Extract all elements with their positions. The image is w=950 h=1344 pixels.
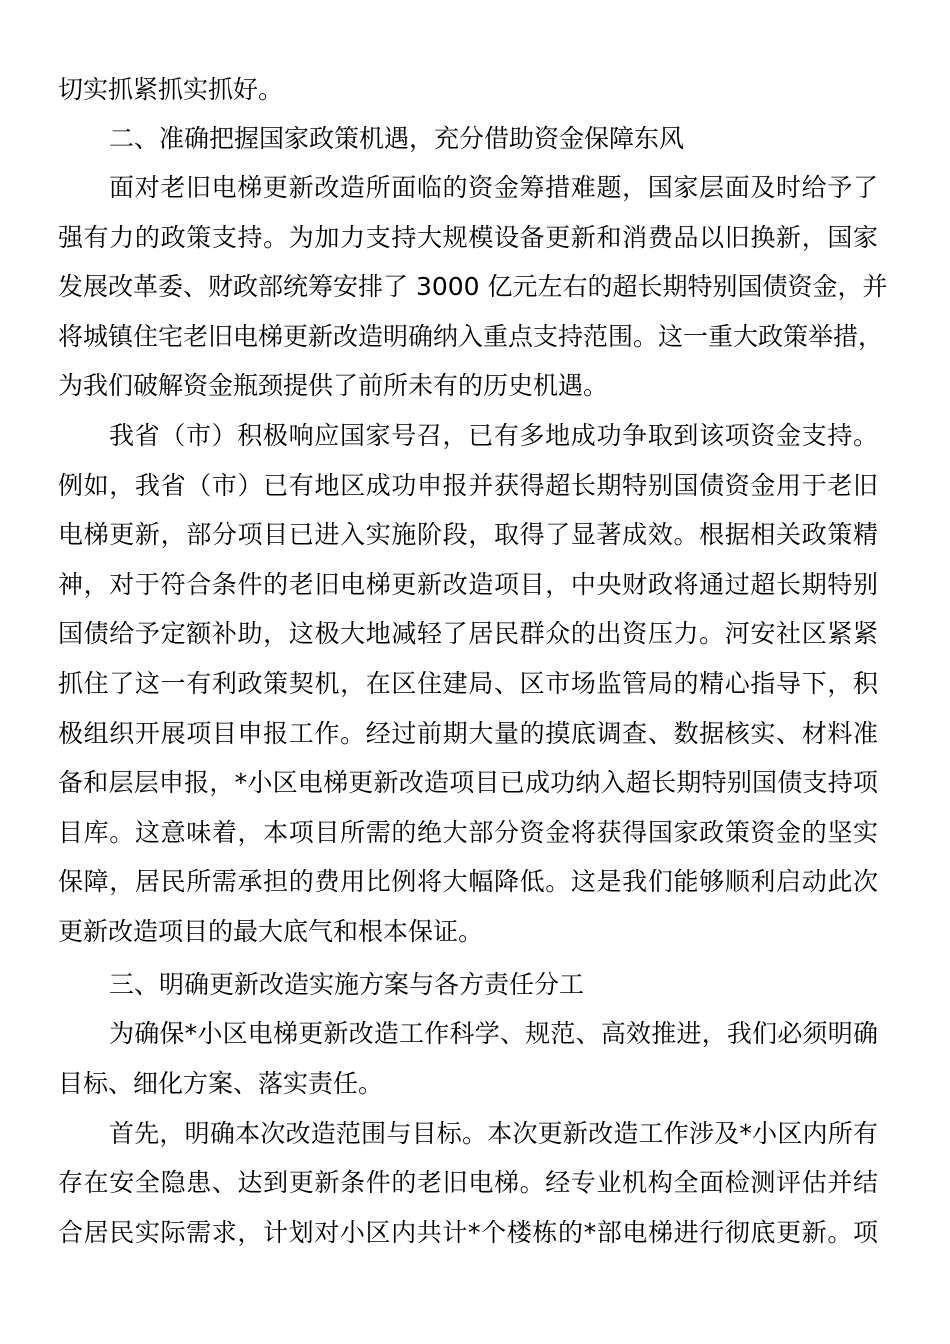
paragraph-line: 将城镇住宅老旧电梯更新改造明确纳入重点支持范围。这一重大政策举措， [58, 317, 878, 357]
paragraph-line: 更新改造项目的最大底气和根本保证。 [58, 912, 878, 952]
paragraph-line: 面对老旧电梯更新改造所面临的资金筹措难题，国家层面及时给予了 [58, 168, 878, 208]
paragraph-line: 极组织开展项目申报工作。经过前期大量的摸底调查、数据核实、材料准 [58, 714, 878, 754]
paragraph-line: 我省（市）积极响应国家号召，已有多地成功争取到该项资金支持。 [58, 416, 878, 456]
paragraph-line: 目标、细化方案、落实责任。 [58, 1064, 878, 1104]
paragraph-line: 合居民实际需求，计划对小区内共计*个楼栋的*部电梯进行彻底更新。项 [58, 1213, 878, 1253]
document-page: 切实抓紧抓实抓好。 二、准确把握国家政策机遇，充分借助资金保障东风 面对老旧电梯… [0, 0, 950, 1344]
paragraph-line: 例如，我省（市）已有地区成功申报并获得超长期特别国债资金用于老旧 [58, 466, 878, 506]
paragraph-line: 发展改革委、财政部统筹安排了 3000 亿元左右的超长期特别国债资金，并 [58, 267, 878, 307]
section-heading-2: 二、准确把握国家政策机遇，充分借助资金保障东风 [58, 119, 878, 159]
section-heading-3: 三、明确更新改造实施方案与各方责任分工 [58, 965, 878, 1005]
paragraph-line: 切实抓紧抓实抓好。 [58, 70, 878, 110]
paragraph-line: 首先，明确本次改造范围与目标。本次更新改造工作涉及*小区内所有 [58, 1114, 878, 1154]
paragraph-line: 为确保*小区电梯更新改造工作科学、规范、高效推进，我们必须明确 [58, 1014, 878, 1054]
paragraph-line: 备和层层申报，*小区电梯更新改造项目已成功纳入超长期特别国债支持项 [58, 763, 878, 803]
paragraph-line: 强有力的政策支持。为加力支持大规模设备更新和消费品以旧换新，国家 [58, 218, 878, 258]
paragraph-line: 为我们破解资金瓶颈提供了前所未有的历史机遇。 [58, 366, 878, 406]
paragraph-line: 神，对于符合条件的老旧电梯更新改造项目，中央财政将通过超长期特别 [58, 565, 878, 605]
paragraph-line: 抓住了这一有利政策契机，在区住建局、区市场监管局的精心指导下，积 [58, 664, 878, 704]
paragraph-line: 目库。这意味着，本项目所需的绝大部分资金将获得国家政策资金的坚实 [58, 813, 878, 853]
paragraph-line: 保障，居民所需承担的费用比例将大幅降低。这是我们能够顺利启动此次 [58, 862, 878, 902]
paragraph-line: 存在安全隐患、达到更新条件的老旧电梯。经专业机构全面检测评估并结 [58, 1163, 878, 1203]
paragraph-line: 国债给予定额补助，这极大地减轻了居民群众的出资压力。河安社区紧紧 [58, 614, 878, 654]
paragraph-line: 电梯更新，部分项目已进入实施阶段，取得了显著成效。根据相关政策精 [58, 515, 878, 555]
